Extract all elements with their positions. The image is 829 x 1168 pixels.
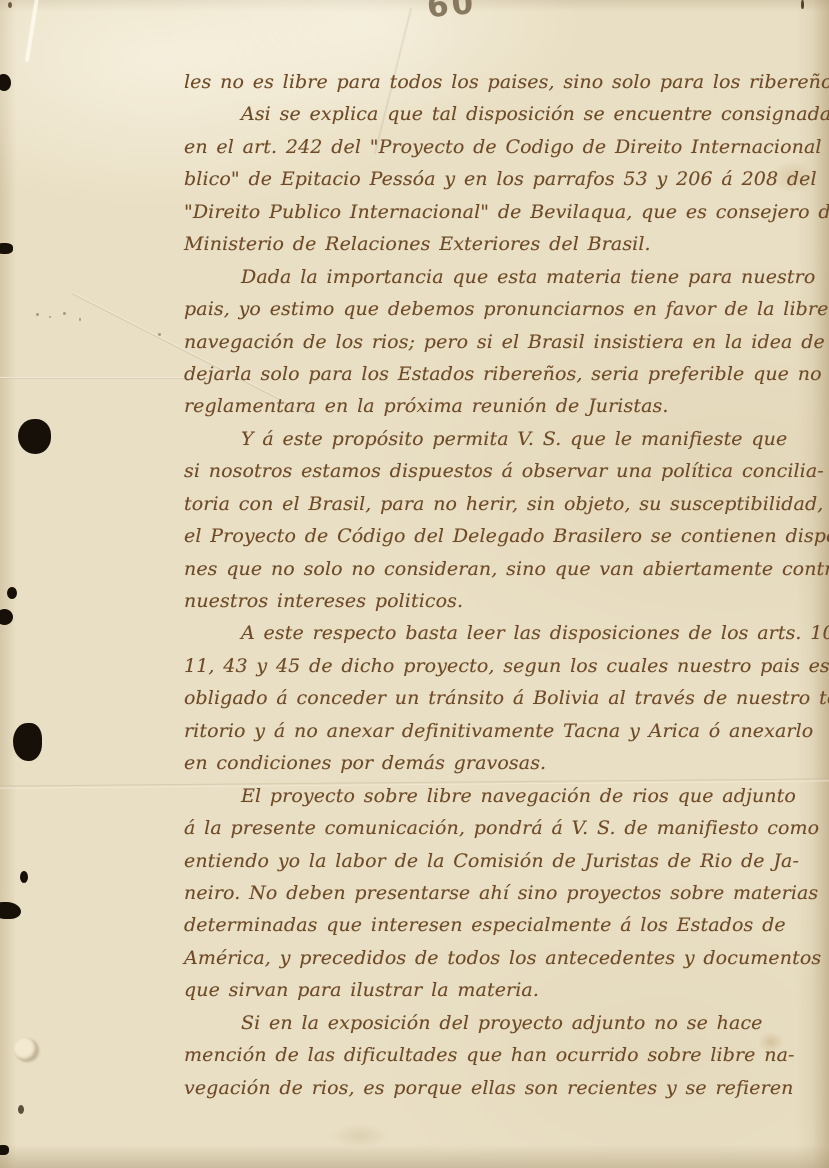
manuscript-line: ritorio y á no anexar definitivamente Ta…: [184, 715, 812, 747]
manuscript-line: "Direito Publico Internacional" de Bevil…: [184, 196, 812, 228]
binding-ink-mark: [18, 1105, 24, 1114]
manuscript-line: nuestros intereses politicos.: [184, 585, 812, 617]
binding-hole: [13, 723, 42, 761]
manuscript-line: toria con el Brasil, para no herir, sin …: [184, 488, 812, 520]
binding-ink-mark: [20, 871, 28, 883]
manuscript-line: pais, yo estimo que debemos pronunciarno…: [184, 293, 812, 325]
manuscript-line: A este respecto basta leer las disposici…: [184, 617, 812, 649]
manuscript-line: navegación de los rios; pero si el Brasi…: [184, 326, 812, 358]
manuscript-line: en el art. 242 del "Proyecto de Codigo d…: [184, 131, 812, 163]
manuscript-page: 60 les no es libre para todos los paises…: [0, 0, 829, 1168]
manuscript-line: vegación de rios, es porque ellas son re…: [184, 1072, 812, 1104]
manuscript-line: Y á este propósito permita V. S. que le …: [184, 423, 812, 455]
paper-speck: [801, 0, 804, 9]
fold-crease: [0, 377, 208, 379]
manuscript-line: 11, 43 y 45 de dicho proyecto, segun los…: [184, 650, 812, 682]
binding-ink-mark: [0, 902, 21, 919]
manuscript-line: Dada la importancia que esta materia tie…: [184, 261, 812, 293]
fold-crease: [25, 0, 39, 62]
binding-ink-mark: [0, 1145, 9, 1155]
manuscript-line: en condiciones por demás gravosas.: [184, 747, 812, 779]
ink-speck: [36, 313, 39, 316]
manuscript-line: El proyecto sobre libre navegación de ri…: [184, 780, 812, 812]
manuscript-line: Si en la exposición del proyecto adjunto…: [184, 1007, 812, 1039]
ink-speck: [79, 318, 81, 321]
page-number-annotation: 60: [426, 0, 478, 25]
manuscript-line: el Proyecto de Código del Delegado Brasi…: [184, 520, 812, 552]
binding-ink-mark: [0, 74, 11, 91]
manuscript-line: les no es libre para todos los paises, s…: [184, 66, 812, 98]
manuscript-line: dejarla solo para los Estados ribereños,…: [184, 358, 812, 390]
paper-stain: [330, 1124, 390, 1148]
ink-speck: [158, 333, 161, 336]
paper-speck: [8, 2, 12, 8]
ink-speck: [49, 316, 51, 318]
binding-hole: [18, 419, 51, 454]
manuscript-line: América, y precedidos de todos los antec…: [184, 942, 812, 974]
manuscript-text: les no es libre para todos los paises, s…: [184, 66, 812, 1104]
manuscript-line: á la presente comunicación, pondrá á V. …: [184, 812, 812, 844]
manuscript-line: neiro. No deben presentarse ahí sino pro…: [184, 877, 812, 909]
manuscript-line: obligado á conceder un tránsito á Bolivi…: [184, 682, 812, 714]
manuscript-line: Ministerio de Relaciones Exteriores del …: [184, 228, 812, 260]
binding-ink-mark: [0, 609, 13, 625]
ink-speck: [63, 312, 66, 315]
manuscript-line: determinadas que interesen especialmente…: [184, 909, 812, 941]
manuscript-line: si nosotros estamos dispuestos á observa…: [184, 455, 812, 487]
binding-ink-mark: [7, 587, 17, 599]
manuscript-line: reglamentara en la próxima reunión de Ju…: [184, 390, 812, 422]
manuscript-line: mención de las dificultades que han ocur…: [184, 1039, 812, 1071]
manuscript-line: Asi se explica que tal disposición se en…: [184, 98, 812, 130]
binding-ink-mark: [0, 243, 13, 254]
manuscript-line: entiendo yo la labor de la Comisión de J…: [184, 845, 812, 877]
manuscript-line: nes que no solo no consideran, sino que …: [184, 553, 812, 585]
manuscript-line: blico" de Epitacio Pessóa y en los parra…: [184, 163, 812, 195]
manuscript-line: que sirvan para ilustrar la materia.: [184, 974, 812, 1006]
punch-hole: [14, 1038, 37, 1061]
